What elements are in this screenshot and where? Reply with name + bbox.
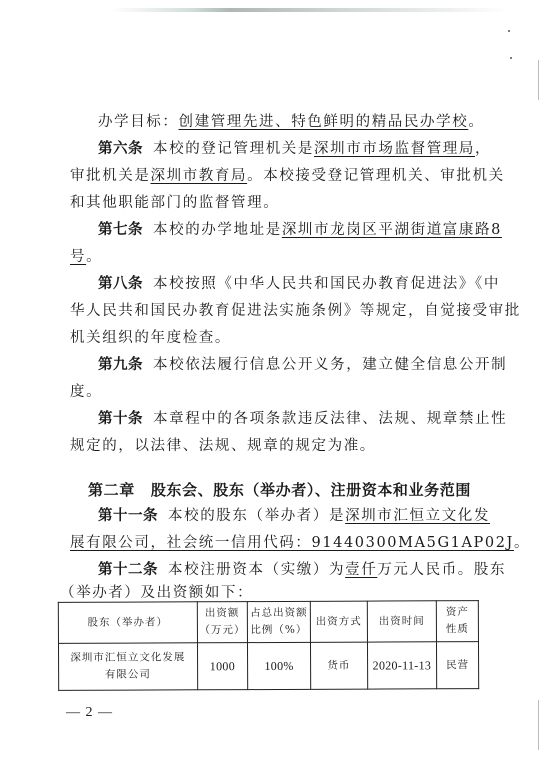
article-10-number: 第十条 [98, 411, 143, 427]
goal-value: 创建管理先进、特色鲜明的精品民办学校 [179, 114, 469, 130]
header-method: 出资方式 [310, 601, 367, 642]
scan-edge-line [538, 60, 539, 100]
article-6-number: 第六条 [98, 141, 143, 157]
article-9-line-2: 度。 [70, 382, 472, 402]
article-11-line-2: 展有限公司，社会统一信用代码：91440300MA5G1AP02J。 [70, 533, 472, 553]
article-12-line-1: 第十二条本校注册资本（实缴）为壹仟万元人民币。股东 [98, 560, 472, 580]
cell-ratio: 100% [247, 642, 310, 689]
article-10-line-1: 第十条本章程中的各项条款违反法律、法规、规章禁止性 [98, 409, 472, 429]
header-amount: 出资额（万元） [197, 602, 248, 643]
goal-label: 办学目标： [98, 114, 179, 130]
scanned-document-page: 办学目标：创建管理先进、特色鲜明的精品民办学校。 第六条本校的登记管理机关是深圳… [0, 0, 542, 768]
chapter-title: 股东会、股东（举办者）、注册资本和业务范围 [151, 481, 471, 499]
credit-code: 展有限公司，社会统一信用代码：91440300MA5G1AP02J [70, 535, 514, 551]
scan-edge-artifact [110, 8, 510, 12]
shareholder-name: 深圳市汇恒立文化发 [345, 508, 490, 524]
article-11-number: 第十一条 [98, 508, 158, 524]
registered-capital: 壹仟 [345, 562, 377, 578]
article-7-line-1: 第七条本校的办学地址是深圳市龙岗区平湖街道富康路8 [98, 220, 472, 240]
table-row: 深圳市汇恒立文化发展有限公司 1000 100% 货币 2020-11-13 民… [58, 642, 478, 691]
header-nature: 资产性质 [436, 601, 478, 642]
article-7-number: 第七条 [98, 222, 143, 238]
page-number: — 2 — [66, 705, 113, 721]
article-8-number: 第八条 [98, 276, 143, 292]
cell-nature: 民营 [436, 642, 478, 689]
scan-speck [510, 57, 512, 59]
article-8-line-1: 第八条本校按照《中华人民共和国民办教育促进法》《中 [98, 274, 472, 294]
table-header-row: 股东（举办者） 出资额（万元） 占总出资额比例（%） 出资方式 出资时间 资产性… [58, 601, 478, 644]
scan-speck [508, 30, 510, 32]
article-6-line-1: 第六条本校的登记管理机关是深圳市市场监督管理局， [98, 139, 472, 159]
capital-contribution-table: 股东（举办者） 出资额（万元） 占总出资额比例（%） 出资方式 出资时间 资产性… [58, 600, 479, 691]
chapter-heading: 第二章股东会、股东（举办者）、注册资本和业务范围 [88, 479, 471, 500]
article-12-number: 第十二条 [98, 562, 158, 578]
school-address: 深圳市龙岗区平湖街道富康路8 [282, 222, 502, 238]
article-6-line-3: 和其他职能部门的监督管理。 [70, 193, 472, 213]
article-10-line-2: 规定的，以法律、法规、规章的规定为准。 [70, 436, 472, 456]
goal-line: 办学目标：创建管理先进、特色鲜明的精品民办学校。 [98, 112, 472, 132]
header-ratio: 占总出资额比例（%） [247, 601, 310, 642]
article-8-line-2: 华人民共和国民办教育促进法实施条例》等规定，自觉接受审批 [70, 301, 472, 321]
header-date: 出资时间 [367, 601, 436, 642]
article-8-line-3: 机关组织的年度检查。 [70, 328, 472, 348]
article-6-line-2: 审批机关是深圳市教育局。本校接受登记管理机关、审批机关 [70, 166, 472, 186]
scan-edge-line [538, 700, 539, 750]
article-11-line-1: 第十一条本校的股东（举办者）是深圳市汇恒立文化发 [98, 506, 472, 526]
article-9-line-1: 第九条本校依法履行信息公开义务，建立健全信息公开制 [98, 355, 472, 375]
article-7-line-2: 号。 [70, 247, 472, 267]
cell-amount: 1000 [197, 643, 248, 690]
cell-method: 货币 [310, 642, 367, 689]
chapter-number: 第二章 [88, 481, 135, 499]
cell-shareholder: 深圳市汇恒立文化发展有限公司 [58, 643, 197, 691]
cell-date: 2020-11-13 [367, 642, 437, 689]
registration-authority: 深圳市市场监督管理局 [314, 141, 475, 157]
approval-authority: 深圳市教育局 [151, 168, 248, 184]
header-shareholder: 股东（举办者） [58, 602, 197, 644]
article-9-number: 第九条 [98, 357, 143, 373]
